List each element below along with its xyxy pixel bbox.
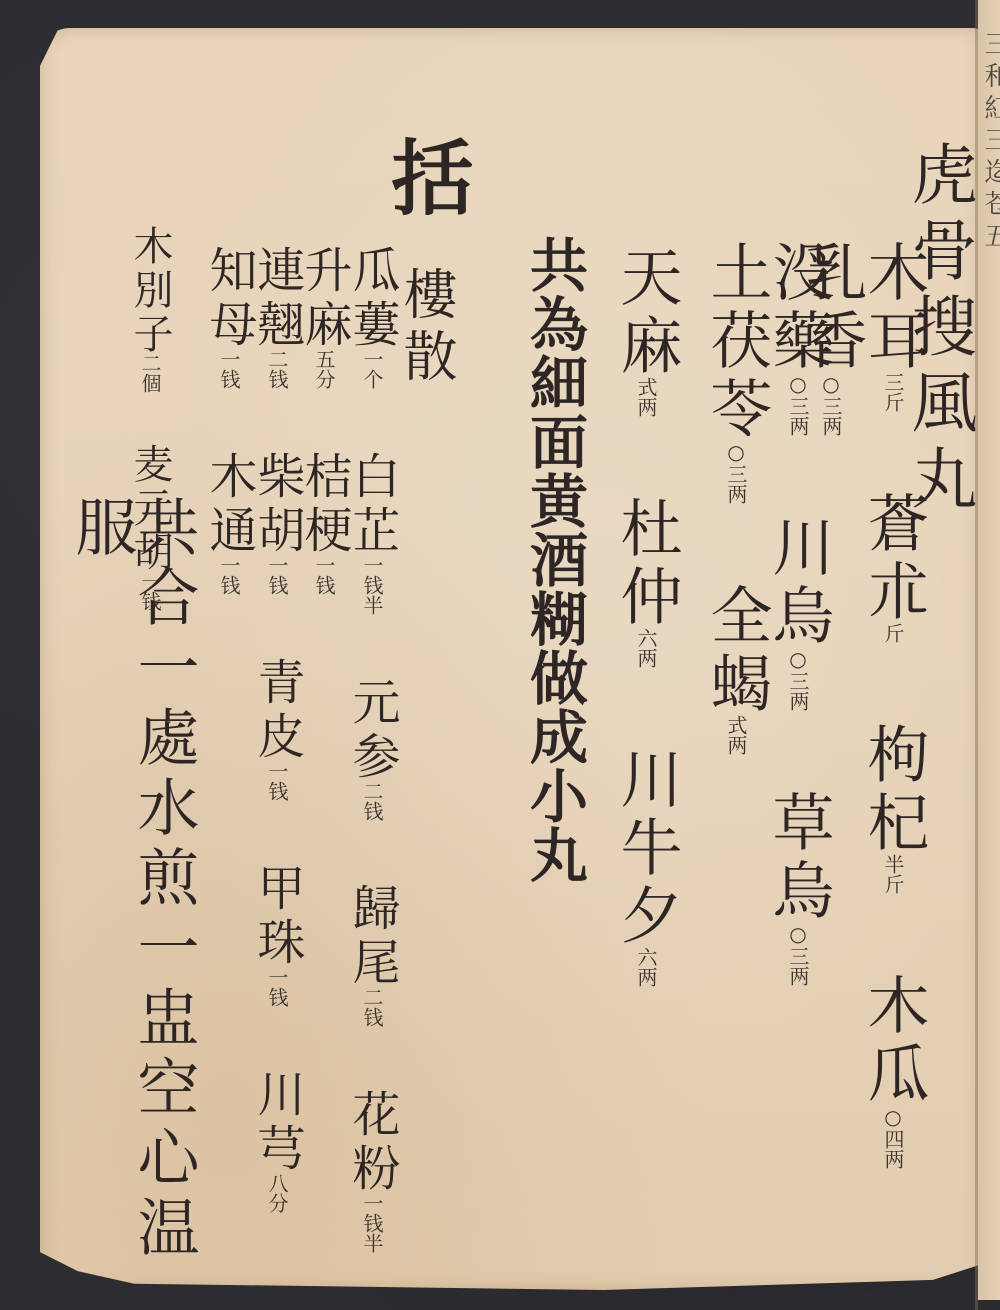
ingredient: 川牛夕六两 <box>615 747 677 987</box>
ingredient: 白芷一钱半 <box>348 451 396 615</box>
adjacent-page-edge: 三和紅三迄苍五 <box>978 0 1000 1300</box>
ingredient: 天麻式两 <box>615 245 677 417</box>
ingredient: 土茯苓○三两 <box>705 240 767 504</box>
ingredient: 枸杞半斤 <box>862 722 924 894</box>
recipe-1-column-3: 没藥○三两 川烏○三两 草烏○三两 土茯苓○三两 全蝎式两 <box>705 240 829 1310</box>
ingredient: 青皮一钱 <box>253 657 301 801</box>
ingredient: 元参二钱 <box>348 677 396 821</box>
recipe-2-instruction: 共合一處水煎一盅空心温服 <box>70 495 194 1310</box>
ingredient: 瓜蔞一个 <box>348 245 396 389</box>
ingredient: 木耳三斤 <box>862 240 924 412</box>
ingredient: 柴胡一钱 <box>253 451 301 595</box>
ingredient: 木別子二個 <box>130 225 170 393</box>
ingredient: 杜仲六两 <box>615 496 677 668</box>
recipe-2-title-rest: 樓散 <box>399 266 453 390</box>
ingredient: 草烏○三两 <box>767 790 829 986</box>
ingredient: 没藥○三两 <box>767 240 829 436</box>
ingredient: 花粉一钱半 <box>348 1089 396 1253</box>
ingredient: 甲珠一钱 <box>253 863 301 1007</box>
recipe-1-instruction: 共為細面黄酒糊做成小丸 <box>525 235 583 884</box>
ingredient: 蒼朮斤 <box>862 491 924 643</box>
ingredient: 川芎八分 <box>253 1069 301 1213</box>
ingredient: 升麻五分 <box>300 245 348 389</box>
ingredient: 桔梗一钱 <box>300 451 348 595</box>
recipe-1-column-4: 天麻式两 杜仲六两 川牛夕六两 <box>615 245 677 987</box>
recipe-2-column-1: 瓜蔞一个 白芷一钱半 元参二钱 歸尾二钱 花粉一钱半 升麻五分 桔梗一钱 <box>300 245 396 1310</box>
ingredient: 全蝎式两 <box>705 583 767 755</box>
ingredient: 木瓜○四两 <box>862 973 924 1169</box>
ingredient: 歸尾二钱 <box>348 883 396 1027</box>
adjacent-page-text: 三和紅三迄苍五 <box>982 30 1000 254</box>
ingredient: 木通一钱 <box>205 451 253 595</box>
recipe-2-title-first-char: 括 <box>378 135 474 217</box>
ingredient: 知母一钱 <box>205 245 253 389</box>
recipe-2-column-2: 連翹二钱 柴胡一钱 青皮一钱 甲珠一钱 川芎八分 知母一钱 木通一钱 <box>205 245 301 1310</box>
ingredient: 連翹二钱 <box>253 245 301 389</box>
ingredient: 川烏○三两 <box>767 515 829 711</box>
